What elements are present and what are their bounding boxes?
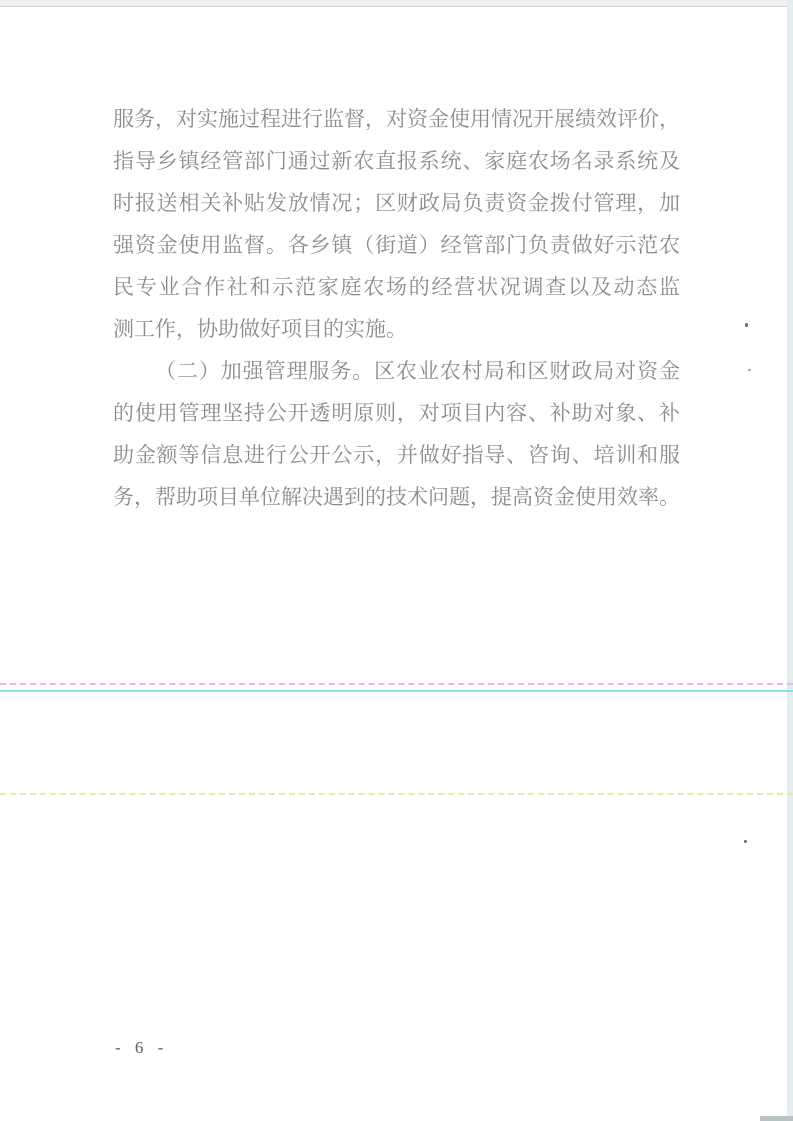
text-line: 助金额等信息进行公开公示，并做好指导、咨询、培训和服 <box>113 434 680 476</box>
scan-artifact-line-cyan <box>0 690 793 692</box>
text-line: 民专业合作社和示范家庭农场的经营状况调查以及动态监 <box>113 266 680 308</box>
scan-edge-bottom-right <box>760 1116 793 1121</box>
scan-artifact-line-pink <box>0 683 793 685</box>
scan-speck <box>745 323 748 327</box>
text-line: 强资金使用监督。各乡镇（街道）经管部门负责做好示范农 <box>113 224 680 266</box>
text-line: 指导乡镇经管部门通过新农直报系统、家庭农场名录系统及 <box>113 140 680 182</box>
text-line: 测工作，协助做好项目的实施。 <box>113 308 680 350</box>
page-number: - 6 - <box>115 1038 168 1058</box>
text-line: 时报送相关补贴发放情况；区财政局负责资金拨付管理，加 <box>113 182 680 224</box>
scan-edge-right <box>787 0 793 1121</box>
text-line-section-heading: （二）加强管理服务。区农业农村局和区财政局对资金 <box>113 350 680 392</box>
scan-speck <box>748 369 751 371</box>
scan-edge-top <box>0 0 793 7</box>
scanned-document-page: 服务，对实施过程进行监督，对资金使用情况开展绩效评价， 指导乡镇经管部门通过新农… <box>0 0 793 1121</box>
text-line: 务，帮助项目单位解决遇到的技术问题，提高资金使用效率。 <box>113 476 680 518</box>
text-line: 服务，对实施过程进行监督，对资金使用情况开展绩效评价， <box>113 98 680 140</box>
scan-speck <box>744 840 747 843</box>
scan-artifact-line-yellow <box>0 793 793 795</box>
text-line: 的使用管理坚持公开透明原则，对项目内容、补助对象、补 <box>113 392 680 434</box>
body-text: 服务，对实施过程进行监督，对资金使用情况开展绩效评价， 指导乡镇经管部门通过新农… <box>113 98 680 518</box>
